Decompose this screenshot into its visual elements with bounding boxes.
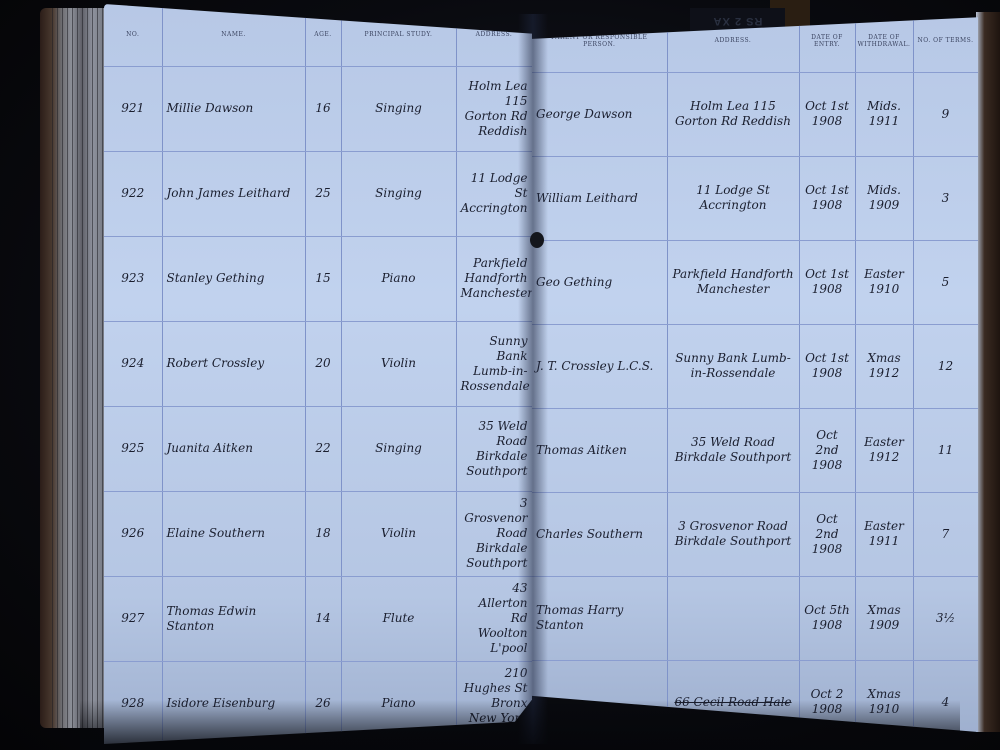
- table-row: 922John James Leithard25Singing11 Lodge …: [104, 151, 532, 236]
- student-name: Stanley Gething: [162, 236, 305, 321]
- principal-study: Violin: [341, 491, 456, 576]
- right-header-row: Parent or Responsible Person.Address.Dat…: [532, 10, 978, 72]
- binding-hole: [530, 232, 544, 248]
- number-of-terms: 9: [913, 72, 978, 156]
- entry-number: 921: [104, 66, 162, 151]
- principal-study: Singing: [341, 66, 456, 151]
- right-header-cell: Date of Withdrawal.: [855, 10, 913, 72]
- principal-study: Singing: [341, 406, 456, 491]
- date-of-withdrawal: Mids. 1909: [855, 156, 913, 240]
- date-of-entry: Oct 2nd 1908: [799, 492, 855, 576]
- table-row: Charles Southern3 Grosvenor Road Birkdal…: [532, 492, 978, 576]
- left-register-table: No.Name.Age.Principal Study.Address. 921…: [104, 4, 532, 744]
- entry-number: 926: [104, 491, 162, 576]
- right-register-table: Parent or Responsible Person.Address.Dat…: [532, 10, 978, 732]
- table-row: 924Robert Crossley20ViolinSunny Bank Lum…: [104, 321, 532, 406]
- entry-number: 922: [104, 151, 162, 236]
- left-header-row: No.Name.Age.Principal Study.Address.: [104, 4, 532, 66]
- left-header-cell: Principal Study.: [341, 4, 456, 66]
- parent-name: George Dawson: [532, 72, 667, 156]
- parent-address: Sunny Bank Lumb-in-Rossendale: [667, 324, 799, 408]
- table-row: Geo GethingParkfield Handforth Mancheste…: [532, 240, 978, 324]
- right-header-cell: No. of Terms.: [913, 10, 978, 72]
- parent-address: 11 Lodge St Accrington: [667, 156, 799, 240]
- number-of-terms: 3½: [913, 576, 978, 660]
- parent-name: J. T. Crossley L.C.S.: [532, 324, 667, 408]
- date-of-withdrawal: Xmas 1909: [855, 576, 913, 660]
- entry-number: 923: [104, 236, 162, 321]
- entry-number: 927: [104, 576, 162, 661]
- date-of-withdrawal: Easter 1912: [855, 408, 913, 492]
- right-page: Parent or Responsible Person.Address.Dat…: [532, 10, 978, 732]
- table-row: 925Juanita Aitken22Singing35 Weld Road B…: [104, 406, 532, 491]
- student-name: Thomas Edwin Stanton: [162, 576, 305, 661]
- book-right-cover: [976, 12, 1000, 732]
- parent-address: Parkfield Handforth Manchester: [667, 240, 799, 324]
- parent-name: Thomas Harry Stanton: [532, 576, 667, 660]
- date-of-entry: Oct 1st 1908: [799, 156, 855, 240]
- student-name: Elaine Southern: [162, 491, 305, 576]
- student-name: John James Leithard: [162, 151, 305, 236]
- date-of-entry: Oct 1st 1908: [799, 240, 855, 324]
- table-row: William Leithard11 Lodge St AccringtonOc…: [532, 156, 978, 240]
- student-age: 25: [305, 151, 341, 236]
- date-of-entry: Oct 1st 1908: [799, 72, 855, 156]
- parent-address: [667, 576, 799, 660]
- parent-name: Geo Gething: [532, 240, 667, 324]
- left-register-body: 921Millie Dawson16SingingHolm Lea 115 Go…: [104, 66, 532, 744]
- student-age: 16: [305, 66, 341, 151]
- student-age: 15: [305, 236, 341, 321]
- table-row: J. T. Crossley L.C.S.Sunny Bank Lumb-in-…: [532, 324, 978, 408]
- parent-address: Holm Lea 115 Gorton Rd Reddish: [667, 72, 799, 156]
- table-row: 926Elaine Southern18Violin3 Grosvenor Ro…: [104, 491, 532, 576]
- number-of-terms: 12: [913, 324, 978, 408]
- number-of-terms: 5: [913, 240, 978, 324]
- left-page: No.Name.Age.Principal Study.Address. 921…: [104, 4, 532, 744]
- left-header-cell: No.: [104, 4, 162, 66]
- date-of-entry: Oct 2nd 1908: [799, 408, 855, 492]
- date-of-entry: Oct 5th 1908: [799, 576, 855, 660]
- number-of-terms: 11: [913, 408, 978, 492]
- number-of-terms: 7: [913, 492, 978, 576]
- bottom-shadow: [80, 700, 960, 750]
- student-age: 14: [305, 576, 341, 661]
- parent-name: Thomas Aitken: [532, 408, 667, 492]
- table-row: 927Thomas Edwin Stanton14Flute43 Allerto…: [104, 576, 532, 661]
- entry-number: 924: [104, 321, 162, 406]
- date-of-withdrawal: Mids. 1911: [855, 72, 913, 156]
- table-row: Thomas Aitken35 Weld Road Birkdale South…: [532, 408, 978, 492]
- date-of-entry: Oct 1st 1908: [799, 324, 855, 408]
- table-row: George DawsonHolm Lea 115 Gorton Rd Redd…: [532, 72, 978, 156]
- student-name: Millie Dawson: [162, 66, 305, 151]
- right-header-cell: Parent or Responsible Person.: [532, 10, 667, 72]
- date-of-withdrawal: Xmas 1912: [855, 324, 913, 408]
- table-row: 923Stanley Gething15PianoParkfield Handf…: [104, 236, 532, 321]
- entry-number: 925: [104, 406, 162, 491]
- student-name: Juanita Aitken: [162, 406, 305, 491]
- table-row: 921Millie Dawson16SingingHolm Lea 115 Go…: [104, 66, 532, 151]
- parent-address: 3 Grosvenor Road Birkdale Southport: [667, 492, 799, 576]
- principal-study: Flute: [341, 576, 456, 661]
- table-row: Thomas Harry StantonOct 5th 1908Xmas 190…: [532, 576, 978, 660]
- left-header-cell: Age.: [305, 4, 341, 66]
- book-left-cover: [40, 8, 110, 728]
- student-age: 20: [305, 321, 341, 406]
- principal-study: Singing: [341, 151, 456, 236]
- student-name: Robert Crossley: [162, 321, 305, 406]
- left-header-cell: Name.: [162, 4, 305, 66]
- student-age: 22: [305, 406, 341, 491]
- number-of-terms: 3: [913, 156, 978, 240]
- date-of-withdrawal: Easter 1910: [855, 240, 913, 324]
- right-header-cell: Address.: [667, 10, 799, 72]
- principal-study: Violin: [341, 321, 456, 406]
- right-header-cell: Date of Entry.: [799, 10, 855, 72]
- parent-name: Charles Southern: [532, 492, 667, 576]
- parent-name: William Leithard: [532, 156, 667, 240]
- date-of-withdrawal: Easter 1911: [855, 492, 913, 576]
- student-age: 18: [305, 491, 341, 576]
- right-register-body: George DawsonHolm Lea 115 Gorton Rd Redd…: [532, 72, 978, 732]
- book-gutter: [518, 14, 548, 744]
- parent-address: 35 Weld Road Birkdale Southport: [667, 408, 799, 492]
- ledger-book: No.Name.Age.Principal Study.Address. 921…: [40, 4, 1000, 744]
- page-edges: [52, 8, 108, 728]
- principal-study: Piano: [341, 236, 456, 321]
